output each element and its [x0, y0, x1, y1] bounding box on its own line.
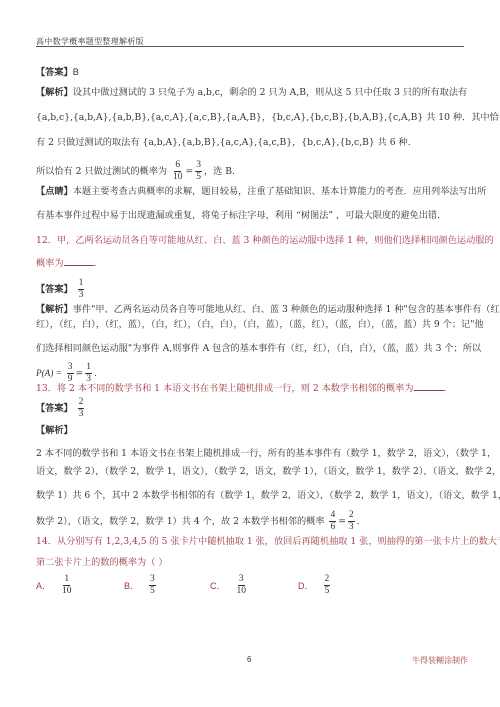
fraction: 23 — [348, 510, 355, 533]
option-label: B． — [124, 579, 139, 592]
answer-label: 【答案】 — [36, 403, 73, 414]
q14-question-line1: 14．从分别写有 1,2,3,4,5 的 5 张卡片中随机抽取 1 张，放回后再… — [36, 536, 500, 548]
q12-analysis-line1: 【解析】事件"甲、乙两名运动员各自等可能地从红、白、蓝 3 种颜色的运动服种选择… — [36, 304, 500, 316]
q11-analysis-line2: {a,b,c},{a,b,A},{a,b,B},{a,c,A},{a,c,B},… — [36, 112, 499, 124]
conclusion-suffix: ，选 B. — [204, 166, 235, 177]
q14-question-line2: 第二张卡片上的数的概率为（ ） — [36, 557, 168, 569]
option-label: D． — [298, 579, 314, 592]
fraction: 46 — [329, 510, 336, 533]
numerator: 3 — [67, 362, 74, 374]
analysis-text: 数学 2），（语文，数学 2，数学 1）共 4 个，故 2 本数学书相邻的概率 — [36, 516, 325, 527]
option-label: A． — [36, 579, 51, 592]
option-fraction: 25 — [324, 574, 331, 597]
analysis-label: 【解析】 — [36, 87, 73, 98]
numerator: 4 — [329, 510, 336, 522]
numerator: 6 — [174, 160, 181, 172]
analysis-label: 【解析】 — [36, 425, 73, 436]
numerator: 3 — [195, 160, 202, 172]
q12-answer: 【答案】 13 — [36, 278, 86, 301]
option-b[interactable]: B． 35 — [124, 574, 158, 597]
option-d[interactable]: D． 25 — [298, 574, 332, 597]
option-c[interactable]: C． 310 — [210, 574, 249, 597]
denominator: 3 — [78, 409, 85, 420]
q13-analysis-line1: 2 本不同的数学书和 1 本语文书在书架上随机排成一行，所有的基本事件有（数学 … — [36, 448, 496, 460]
denominator: 10 — [236, 586, 248, 597]
q13-analysis-line3: 数学 1）共 6 个，其中 2 本数学书相邻的有（数学 1，数学 2，语文），（… — [36, 490, 500, 502]
q12-formula: P(A) = 39=13. — [36, 362, 97, 385]
comment-text: 本题主要考查古典概率的求解，题目较易，注重了基础知识、基本计算能力的考查．应用列… — [73, 186, 486, 197]
question-end: . — [94, 258, 97, 269]
denominator: 6 — [329, 522, 336, 533]
numerator: 2 — [324, 574, 331, 586]
option-fraction: 310 — [236, 574, 248, 597]
q12-analysis-line3: 们选择相同颜色运动服"为事件 A,则事件 A 包含的基本事件有（红，红），（白，… — [36, 343, 481, 355]
question-text: 概率为 — [36, 258, 64, 269]
denominator: 10 — [61, 586, 73, 597]
footer-credit: 牛得装糊涂制作 — [412, 655, 468, 666]
equals: = — [76, 368, 84, 379]
q13-analysis-line2: 语文，数学 2），（数学 2，数学 1，语文），（数学 2，语文，数学 1），（… — [36, 466, 500, 478]
q11-comment-line1: 【点睛】本题主要考查古典概率的求解，题目较易，注重了基础知识、基本计算能力的考查… — [36, 186, 486, 198]
answer-value: B — [73, 67, 79, 77]
conclusion-text: 所以恰有 2 只做过测试的概率为 — [36, 166, 167, 177]
q11-conclusion: 所以恰有 2 只做过测试的概率为 610=35，选 B. — [36, 160, 235, 183]
fraction: 610 — [172, 160, 184, 183]
q14-options: A． 110 B． 35 C． 310 D． 25 — [36, 574, 436, 604]
numerator: 2 — [78, 397, 85, 409]
q11-comment-line2: 有基本事件过程中易于出现遗漏或重复，将兔子标注字母，利用 “树图法” ，可最大限… — [36, 210, 446, 222]
page-number: 6 — [247, 655, 251, 664]
q11-answer: 【答案】B — [36, 66, 79, 79]
answer-blank — [414, 390, 444, 391]
q13-analysis-line4: 数学 2），（语文，数学 2，数学 1）共 4 个，故 2 本数学书相邻的概率 … — [36, 510, 366, 533]
numerator: 2 — [348, 510, 355, 522]
fraction: 39 — [67, 362, 74, 385]
option-fraction: 35 — [149, 574, 156, 597]
equals: = — [338, 516, 346, 527]
denominator: 10 — [172, 172, 184, 183]
numerator: 1 — [85, 362, 92, 374]
answer-label: 【答案】 — [36, 284, 73, 295]
q11-analysis-line1: 【解析】设其中做过测试的 3 只兔子为 a,b,c，剩余的 2 只为 A,B，则… — [36, 87, 467, 99]
analysis-text: 事件"甲、乙两名运动员各自等可能地从红、白、蓝 3 种颜色的运动服种选择 1 种… — [73, 304, 500, 315]
numerator: 1 — [78, 278, 85, 290]
denominator: 5 — [324, 586, 331, 597]
option-label: C． — [210, 579, 226, 592]
denominator: 3 — [348, 522, 355, 533]
q12-analysis-line2: 红），（红，白），（红，蓝），（白，红），（白，白），（白，蓝），（蓝，红），（… — [36, 319, 484, 331]
answer-fraction: 23 — [78, 397, 85, 420]
comment-label: 【点睛】 — [36, 186, 73, 197]
question-text: 13．将 2 本不同的数学书和 1 本语文书在书架上随机排成一行，则 2 本数学… — [36, 383, 414, 394]
formula-prefix: P(A) = — [36, 368, 62, 378]
numerator: 3 — [238, 574, 245, 586]
answer-fraction: 13 — [78, 278, 85, 301]
q13-question: 13．将 2 本不同的数学书和 1 本语文书在书架上随机排成一行，则 2 本数学… — [36, 383, 446, 395]
header-divider — [36, 46, 464, 47]
denominator: 3 — [78, 290, 85, 301]
denominator: 5 — [195, 172, 202, 183]
fraction: 35 — [195, 160, 202, 183]
answer-blank — [64, 265, 94, 266]
q12-question-line2: 概率为. — [36, 258, 96, 270]
analysis-end: ． — [357, 516, 366, 527]
equals: = — [186, 166, 194, 177]
answer-label: 【答案】 — [36, 67, 73, 78]
formula-end: . — [94, 368, 97, 379]
fraction: 13 — [85, 362, 92, 385]
q12-question-line1: 12．甲，乙两名运动员各自等可能地从红、白、蓝 3 种颜色的运动服中选择 1 种… — [36, 235, 494, 247]
q11-analysis-line3: 有 2 只做过测试的取法有 {a,b,A},{a,b,B},{a,c,A},{a… — [36, 137, 417, 149]
question-end: . — [444, 383, 447, 394]
q13-answer: 【答案】 23 — [36, 397, 86, 420]
q13-analysis-label: 【解析】 — [36, 425, 73, 437]
option-fraction: 110 — [61, 574, 73, 597]
denominator: 5 — [149, 586, 156, 597]
analysis-text: 设其中做过测试的 3 只兔子为 a,b,c，剩余的 2 只为 A,B，则从这 5… — [73, 87, 467, 98]
option-a[interactable]: A． 110 — [36, 574, 75, 597]
analysis-label: 【解析】 — [36, 304, 73, 315]
document-page: 高中数学概率题型整理解析版 【答案】B 【解析】设其中做过测试的 3 只兔子为 … — [0, 0, 500, 707]
numerator: 1 — [63, 574, 70, 586]
numerator: 3 — [149, 574, 156, 586]
